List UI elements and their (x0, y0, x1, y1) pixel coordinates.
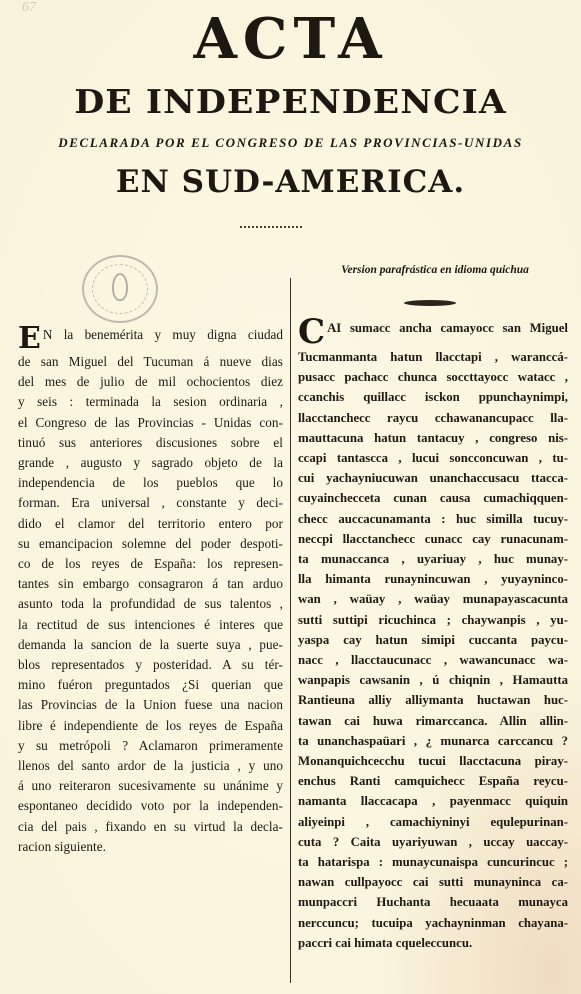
text-line: las Provincias de la Union fuese una nac… (18, 695, 283, 715)
text-line: espontaneo decidido voto por la independ… (18, 796, 283, 816)
text-line: munpaccri Huchanta hecuaata munayca (298, 892, 568, 912)
text-line: tinuó sus anteriores discusiones sobre e… (18, 433, 283, 453)
text-line: libre é independiente de los reyes de Es… (18, 716, 283, 736)
region-line: EN SUD-AMERICA. (0, 160, 581, 204)
text-line: grande , augusto y sagrado objeto de la (18, 453, 283, 473)
first-line: AI sumacc ancha camayocc san Miguel (298, 318, 568, 338)
text-line: y su metrópoli ? Aclamaron primeramente (18, 736, 283, 756)
text-line: llenos del santo ardor de la justicia , … (18, 756, 283, 776)
text-line: aliyeinpi , camachiyninyi equlepurinan- (298, 812, 568, 832)
text-line: neccpi llacctanchecc cunacc cay runacuna… (298, 529, 568, 549)
text-line: ta unanchaspaüari , ¿ munarca carccancu … (298, 731, 568, 751)
text-line: ta munaccanca , uyariuay , huc munay- (298, 549, 568, 569)
text-line: dido el clamor del territorio entero por (18, 514, 283, 534)
text-line: tantes sin embargo consagraron á tan ard… (18, 574, 283, 594)
text-line: nawan cullpayocc cai sutti munayninca ca… (298, 872, 568, 892)
archive-seal-stamp (82, 255, 158, 323)
text-line: ccapi tantascca , lucui soncconcuwan , t… (298, 448, 568, 468)
text-line: de san Miguel del Tucuman á nueve dias (18, 352, 283, 372)
text-line: demanda la sancion de la suerte suya , p… (18, 635, 283, 655)
text-line: la rectitud de sus intenciones é interes… (18, 615, 283, 635)
drop-cap: E (18, 326, 41, 352)
text-line: asunto toda la profundidad de sus talent… (18, 594, 283, 614)
text-line: blos representados y posteridad. A su té… (18, 655, 283, 675)
text-line: sutti suttipi ricuchinca ; chaywanpis , … (298, 610, 568, 630)
text-line: llacctanchecc raycu cchawanancupacc lla- (298, 408, 568, 428)
text-line: wan , waüay , waüay munapayascacunta (298, 589, 568, 609)
text-line: independencia de los pueblos que lo (18, 473, 283, 493)
text-line: ta hatarispa : munaycunaispa cuncurincuc… (298, 852, 568, 872)
text-line: enchus Ranti camquichecc España reycu- (298, 771, 568, 791)
text-line: nerccuncu; tucuipa yachayninman chayana- (298, 913, 568, 933)
text-line: yaspa cay hatun simipi cuccanta paycu- (298, 630, 568, 650)
text-line: cuyainchecceta cunan causa cumachiqquen- (298, 488, 568, 508)
text-line: checc auccacunamanta : huc similla tucuy… (298, 509, 568, 529)
text-line: el Congreso de las Provincias - Unidas c… (18, 413, 283, 433)
first-row: E N la benemérita y muy digna ciudad (18, 325, 283, 352)
text-line: ccanchis quillacc isckon ppunchaynimpi, (298, 387, 568, 407)
heading-ornament (404, 300, 456, 306)
title-rule-ornament (240, 226, 302, 230)
text-line: Monanquichcecchu tucui llacctacuna piray… (298, 751, 568, 771)
text-line: mino fuéron preguntados ¿Si querian que (18, 675, 283, 695)
text-line: wanpapis cawsanin , ú chiqnin , Hamautta (298, 670, 568, 690)
text-line: del mes de julio de mil ochocientos diez (18, 372, 283, 392)
declared-by-line: DECLARADA POR EL CONGRESO DE LAS PROVINC… (0, 134, 581, 152)
text-line: cia del pais , fixando en su virtud la d… (18, 817, 283, 837)
first-row: C AI sumacc ancha camayocc san Miguel (298, 318, 568, 347)
text-line: paccri cai himata cqueleccuncu. (298, 933, 568, 953)
text-line: pusacc pachacc chunca soccttayocc watacc… (298, 367, 568, 387)
drop-cap: C (298, 318, 325, 347)
spanish-text-column: E N la benemérita y muy digna ciudad de … (18, 325, 283, 857)
text-line: forman. Era universal , constante y deci… (18, 493, 283, 513)
document-title: ACTA (0, 4, 581, 74)
document-subtitle: DE INDEPENDENCIA (0, 80, 581, 124)
text-line: Rantieuna alliy alliymanta huctawan huc- (298, 690, 568, 710)
text-line: tawan cai huwa rimarccanca. Allin allin- (298, 711, 568, 731)
text-line: Tucmanmanta hatun llacctapi , waranccá- (298, 347, 568, 367)
text-line: racion siguiente. (18, 837, 283, 857)
text-line: su emancipacion solemne del poder despot… (18, 534, 283, 554)
quichua-column-heading: Version parafrástica en idioma quichua (300, 264, 570, 276)
quichua-text-column: C AI sumacc ancha camayocc san Miguel Tu… (298, 318, 568, 953)
text-line: nacc , llacctaucunacc , wawancunacc wa- (298, 650, 568, 670)
column-divider (290, 278, 291, 983)
text-line: cui yachayniucuwan unanchaccusacu ttacca… (298, 468, 568, 488)
text-line: á uno reiteraron sucesivamente su unánim… (18, 776, 283, 796)
text-line: lla himanta runaynincuwan , yuyayninco- (298, 569, 568, 589)
text-line: cuta ? Caita uyariyuwan , uccay uaccay- (298, 832, 568, 852)
text-line: mauttacuna hatun tantacuy , congreso nis… (298, 428, 568, 448)
text-line: co de los reyes de España: los represen- (18, 554, 283, 574)
text-line: namanta llaccacapa , payenmacc quiquin (298, 791, 568, 811)
first-line: N la benemérita y muy digna ciudad (18, 325, 283, 345)
coat-of-arms-icon (112, 273, 128, 301)
text-line: y seis : terminada la sesion ordinaria , (18, 392, 283, 412)
